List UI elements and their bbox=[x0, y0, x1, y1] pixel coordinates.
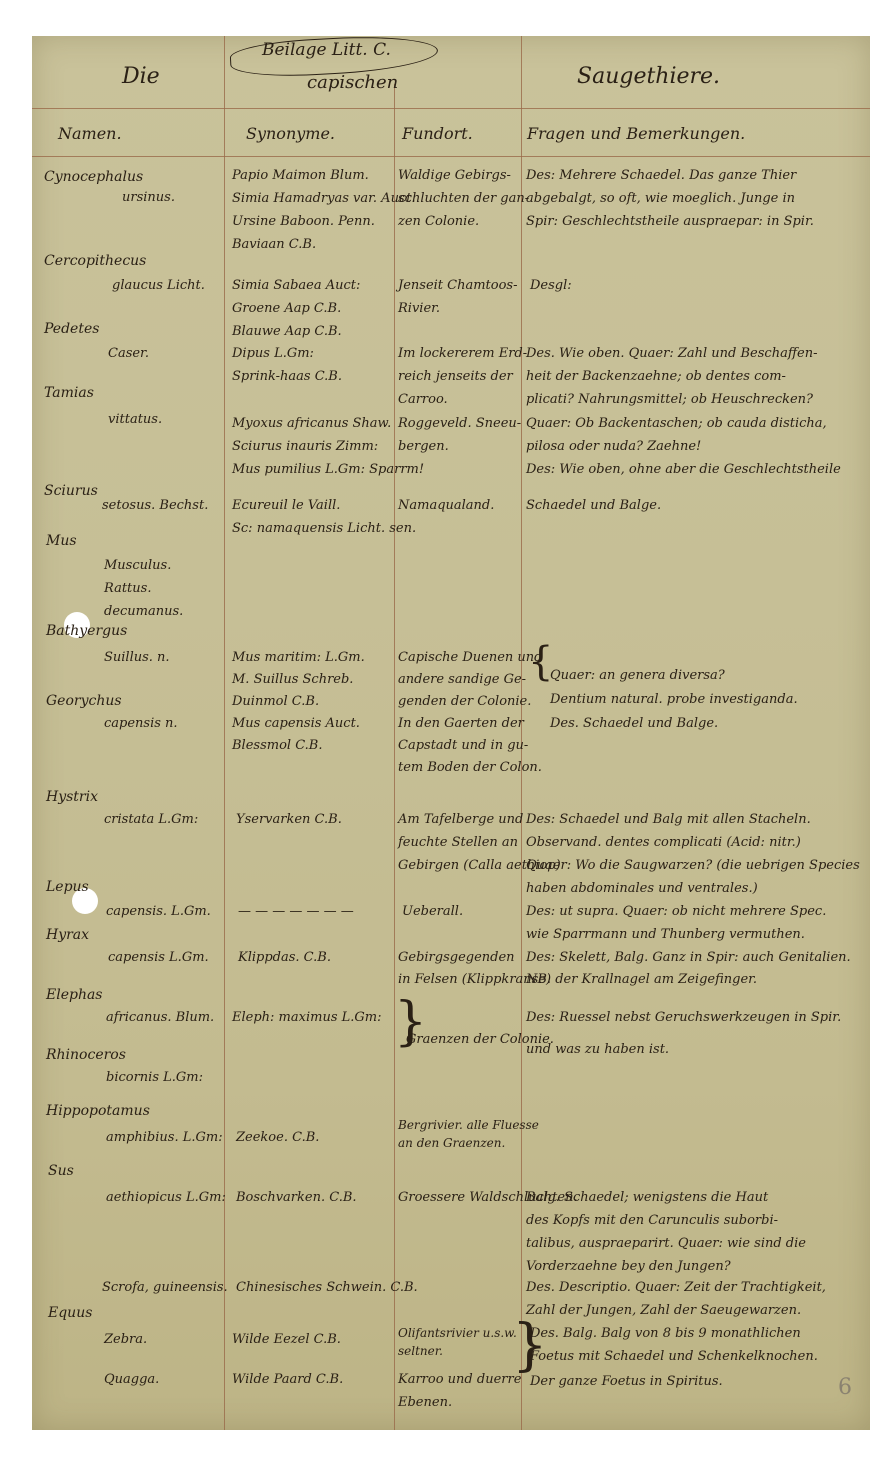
remark: NB. der Krallnagel am Zeigefinger. bbox=[526, 968, 757, 991]
synonym: Duinmol C.B. bbox=[232, 690, 319, 713]
synonym: Eleph: maximus L.Gm: bbox=[232, 1006, 381, 1029]
synonym: Wilde Paard C.B. bbox=[232, 1368, 343, 1391]
species-name: amphibius. L.Gm: bbox=[106, 1126, 223, 1149]
remark: Des: Mehrere Schaedel. Das ganze Thier bbox=[526, 164, 796, 187]
locality: Namaqualand. bbox=[398, 494, 494, 517]
remark: Schaedel und Balge. bbox=[526, 494, 661, 517]
locality: Rivier. bbox=[398, 297, 440, 320]
remark: Desgl: bbox=[530, 274, 572, 297]
locality: Capstadt und in gu- bbox=[398, 734, 528, 757]
remark: Des: Schaedel und Balg mit allen Stachel… bbox=[526, 808, 811, 831]
column-rule bbox=[394, 84, 395, 1430]
genus-name: Equus bbox=[48, 1302, 92, 1325]
synonym: Ecureuil le Vaill. bbox=[232, 494, 340, 517]
genus-name: Hyrax bbox=[46, 924, 89, 947]
column-rule bbox=[224, 36, 225, 1430]
remark: Quaer: Wo die Saugwarzen? (die uebrigen … bbox=[526, 854, 860, 877]
locality: Im lockererem Erd- bbox=[398, 342, 527, 365]
genus-name: Cercopithecus bbox=[44, 250, 146, 273]
locality: bergen. bbox=[398, 435, 449, 458]
locality: Waldige Gebirgs- bbox=[398, 164, 511, 187]
remark: haben abdominales und ventrales.) bbox=[526, 877, 758, 900]
locality: Jenseit Chamtoos- bbox=[398, 274, 518, 297]
remark: Der ganze Foetus in Spiritus. bbox=[530, 1370, 723, 1393]
synonym: Mus maritim: L.Gm. bbox=[232, 646, 365, 669]
genus-name: Georychus bbox=[46, 690, 122, 713]
remark: wie Sparrmann und Thunberg vermuthen. bbox=[526, 923, 805, 946]
synonym: Ursine Baboon. Penn. bbox=[232, 210, 375, 233]
genus-name: Pedetes bbox=[44, 318, 99, 341]
remark: Quaer: an genera diversa? bbox=[550, 664, 725, 687]
species-name: Zebra. bbox=[104, 1328, 147, 1351]
synonym: Papio Maimon Blum. bbox=[232, 164, 369, 187]
remark: Dentium natural. probe investiganda. bbox=[550, 688, 798, 711]
locality: zen Colonie. bbox=[398, 210, 479, 233]
species-name: cristata L.Gm: bbox=[104, 808, 198, 831]
genus-name: Lepus bbox=[46, 876, 89, 899]
synonym: Boschvarken. C.B. bbox=[236, 1186, 357, 1209]
locality: Carroo. bbox=[398, 388, 448, 411]
species-name: bicornis L.Gm: bbox=[106, 1066, 203, 1089]
locality: feuchte Stellen an bbox=[398, 831, 518, 854]
locality: genden der Colonie. bbox=[398, 690, 531, 713]
annotation-text: Beilage Litt. C. bbox=[262, 40, 391, 60]
synonym: Sprink-haas C.B. bbox=[232, 365, 342, 388]
synonym: Blessmol C.B. bbox=[232, 734, 323, 757]
synonym: Chinesisches Schwein. C.B. bbox=[236, 1276, 418, 1299]
remark: Des: Wie oben, ohne aber die Geschlechts… bbox=[526, 458, 841, 481]
title-left: Die bbox=[122, 64, 160, 89]
column-header-remarks: Fragen und Bemerkungen. bbox=[527, 124, 745, 143]
species-name: Rattus. bbox=[104, 577, 151, 600]
locality: reich jenseits der bbox=[398, 365, 513, 388]
column-header-names: Namen. bbox=[58, 124, 122, 143]
species-name: Quagga. bbox=[104, 1368, 159, 1391]
remark: des Kopfs mit den Carunculis suborbi- bbox=[526, 1209, 778, 1232]
genus-name: Rhinoceros bbox=[46, 1044, 126, 1067]
locality: Ebenen. bbox=[398, 1391, 452, 1414]
species-name: africanus. Blum. bbox=[106, 1006, 214, 1029]
synonym: Simia Hamadryas var. Auct. bbox=[232, 187, 416, 210]
synonym: Simia Sabaea Auct: bbox=[232, 274, 360, 297]
remark: Zahl der Jungen, Zahl der Saeugewarzen. bbox=[526, 1299, 801, 1322]
species-name: capensis. L.Gm. bbox=[106, 900, 211, 923]
synonym: Yservarken C.B. bbox=[236, 808, 342, 831]
remark: Des: Skelett, Balg. Ganz in Spir: auch G… bbox=[526, 946, 851, 969]
synonym: Wilde Eezel C.B. bbox=[232, 1328, 341, 1351]
synonym: Mus pumilius L.Gm: Sparrm! bbox=[232, 458, 424, 481]
locality: Roggeveld. Sneeu- bbox=[398, 412, 521, 435]
species-name: capensis n. bbox=[104, 712, 178, 735]
remark: pilosa oder nuda? Zaehne! bbox=[526, 435, 701, 458]
column-header-synonyms: Synonyme. bbox=[246, 124, 335, 143]
remark: Spir: Geschlechtstheile auspraepar: in S… bbox=[526, 210, 814, 233]
remark: heit der Backenzaehne; ob dentes com- bbox=[526, 365, 786, 388]
species-name: aethiopicus L.Gm: bbox=[106, 1186, 226, 1209]
remark: Des. Schaedel und Balge. bbox=[550, 712, 718, 735]
remark: Des: ut supra. Quaer: ob nicht mehrere S… bbox=[526, 900, 826, 923]
species-name: Caser. bbox=[108, 342, 149, 365]
column-header-locality: Fundort. bbox=[402, 124, 473, 143]
locality: andere sandige Ge- bbox=[398, 668, 526, 691]
synonym: — — — — — — — bbox=[238, 900, 354, 923]
remark: plicati? Nahrungsmittel; ob Heuschrecken… bbox=[526, 388, 813, 411]
species-name: Scrofa, guineensis. bbox=[102, 1276, 228, 1299]
remark: abgebalgt, so oft, wie moeglich. Junge i… bbox=[526, 187, 795, 210]
locality: tem Boden der Colon. bbox=[398, 756, 542, 779]
page-number: 6 bbox=[838, 1375, 852, 1400]
species-name: ursinus. bbox=[122, 186, 175, 209]
genus-name: Mus bbox=[46, 530, 77, 553]
remark: Des. Wie oben. Quaer: Zahl und Beschaffe… bbox=[526, 342, 817, 365]
species-name: vittatus. bbox=[108, 408, 162, 431]
synonym: Mus capensis Auct. bbox=[232, 712, 360, 735]
genus-name: Bathyergus bbox=[46, 620, 127, 643]
locality: Gebirgsgegenden bbox=[398, 946, 515, 969]
remark: Des: Ruessel nebst Geruchswerkzeugen in … bbox=[526, 1006, 841, 1029]
synonym: Sciurus inauris Zimm: bbox=[232, 435, 378, 458]
remark: talibus, auspraeparirt. Quaer: wie sind … bbox=[526, 1232, 806, 1255]
synonym: Groene Aap C.B. bbox=[232, 297, 341, 320]
locality: seltner. bbox=[398, 1340, 443, 1363]
remark: Balg. Schaedel; wenigstens die Haut bbox=[526, 1186, 768, 1209]
genus-name: Elephas bbox=[46, 984, 103, 1007]
remark: Foetus mit Schaedel und Schenkelknochen. bbox=[530, 1345, 818, 1368]
header-rule bbox=[32, 156, 870, 157]
genus-name: Tamias bbox=[44, 382, 94, 405]
synonym: Dipus L.Gm: bbox=[232, 342, 314, 365]
species-name: setosus. Bechst. bbox=[102, 494, 208, 517]
locality: In den Gaerten der bbox=[398, 712, 524, 735]
synonym: Klippdas. C.B. bbox=[238, 946, 331, 969]
manuscript-page: Beilage Litt. C. Die capischen Saugethie… bbox=[32, 36, 870, 1430]
locality: Capische Duenen und bbox=[398, 646, 542, 669]
header-rule bbox=[32, 108, 870, 109]
genus-name: Hippopotamus bbox=[46, 1100, 150, 1123]
species-name: Musculus. bbox=[104, 554, 171, 577]
locality: Ueberall. bbox=[402, 900, 463, 923]
remark: Des. Balg. Balg von 8 bis 9 monathlichen bbox=[530, 1322, 801, 1345]
remark: und was zu haben ist. bbox=[526, 1038, 669, 1061]
genus-name: Sus bbox=[48, 1160, 74, 1183]
synonym: Myoxus africanus Shaw. bbox=[232, 412, 391, 435]
species-name: glaucus Licht. bbox=[112, 274, 205, 297]
locality: schluchten der gan- bbox=[398, 187, 529, 210]
remark: Des. Descriptio. Quaer: Zeit der Trachti… bbox=[526, 1276, 826, 1299]
species-name: capensis L.Gm. bbox=[108, 946, 209, 969]
remark: Quaer: Ob Backentaschen; ob cauda distic… bbox=[526, 412, 827, 435]
synonym: Baviaan C.B. bbox=[232, 233, 316, 256]
synonym: Sc: namaquensis Licht. sen. bbox=[232, 517, 416, 540]
synonym: Zeekoe. C.B. bbox=[236, 1126, 319, 1149]
locality: an den Graenzen. bbox=[398, 1132, 505, 1155]
locality: Karroo und duerre bbox=[398, 1368, 521, 1391]
genus-name: Sciurus bbox=[44, 480, 98, 503]
title-middle: capischen bbox=[307, 72, 398, 93]
remark: Vorderzaehne bey den Jungen? bbox=[526, 1255, 731, 1278]
remark: Observand. dentes complicati (Acid: nitr… bbox=[526, 831, 801, 854]
genus-name: Hystrix bbox=[46, 786, 98, 809]
synonym: M. Suillus Schreb. bbox=[232, 668, 353, 691]
synonym: Blauwe Aap C.B. bbox=[232, 320, 342, 343]
species-name: Suillus. n. bbox=[104, 646, 170, 669]
title-right: Saugethiere. bbox=[577, 64, 720, 89]
locality: Am Tafelberge und bbox=[398, 808, 523, 831]
